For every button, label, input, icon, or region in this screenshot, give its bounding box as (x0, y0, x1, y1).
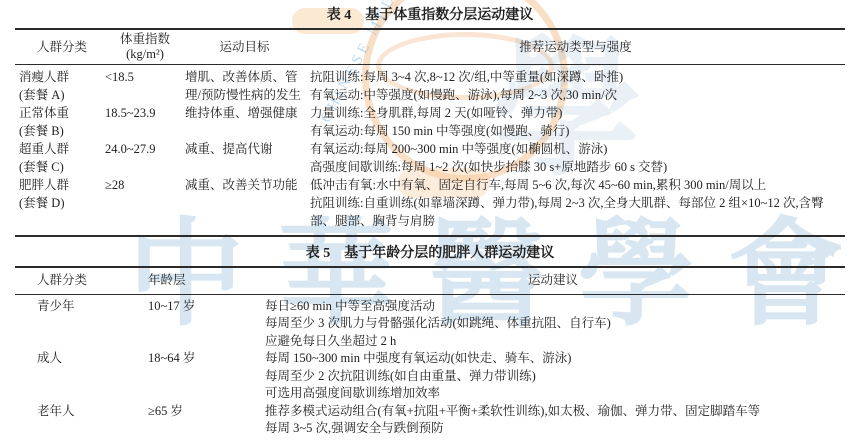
table5-body: 青少年 10~17 岁 每日≥60 min 中等至高强度活动 每周至少 3 次肌… (15, 295, 845, 440)
recommendation-line: 抗阻训练:自重训练(如靠墙深蹲、弹力带),每周 2~3 次,全身大肌群、每部位 … (310, 194, 841, 230)
meal-plan-label: (套餐 C) (19, 158, 105, 176)
recommendation-cell: 推荐多模式运动组合(有氧+抗阻+平衡+柔软性训练),如太极、瑜伽、弹力带、固定脚… (265, 403, 845, 438)
table4-header-bmi-unit: (kg/m²) (105, 47, 185, 62)
table-row: 青少年 10~17 岁 每日≥60 min 中等至高强度活动 每周至少 3 次肌… (15, 298, 845, 351)
recommendation-line: 力量训练:全身肌群,每周 2 天(如哑铃、弹力带) (310, 104, 841, 122)
journal-page: CHINESE MEDICAL ASSOCIATION 學 中華醫學會 表 4 … (0, 0, 854, 440)
population-category: 老年人 (15, 403, 140, 421)
recommendation-line: 抗阻训练:每周 3~4 次,8~12 次/组,中等重量(如深蹲、卧推) (310, 68, 841, 86)
table4: 表 4 基于体重指数分层运动建议 人群分类 体重指数 (kg/m²) 运动目标 … (15, 6, 845, 237)
age-range: 10~17 岁 (140, 298, 265, 316)
table5: 表 5 基于年龄分层的肥胖人群运动建议 人群分类 年龄层 运动建议 青少年 10… (15, 244, 845, 440)
age-range: ≥65 岁 (140, 403, 265, 421)
table4-title: 表 4 基于体重指数分层运动建议 (15, 6, 845, 28)
exercise-goal: 维持体重、增强健康 (185, 104, 310, 122)
recommendation-line: 每周 150~300 min 中强度有氧运动(如快走、骑车、游泳) (265, 350, 841, 368)
table-row: 超重人群 (套餐 C) 24.0~27.9 减重、提高代谢 有氧运动:每周 20… (15, 140, 845, 176)
exercise-goal: 增肌、改善体质、管理/预防慢性病的发生 (185, 68, 310, 104)
recommendation-cell: 低冲击有氧:水中有氧、固定自行车,每周 5~6 次,每次 45~60 min,累… (310, 176, 845, 230)
recommendation-line: 每周 3~5 次,强调安全与跌倒预防 (265, 420, 841, 438)
recommendation-cell: 抗阻训练:每周 3~4 次,8~12 次/组,中等重量(如深蹲、卧推) 有氧运动… (310, 68, 845, 104)
table4-header-recommendation: 推荐运动类型与强度 (310, 40, 845, 55)
table-row: 消瘦人群 (套餐 A) <18.5 增肌、改善体质、管理/预防慢性病的发生 抗阻… (15, 68, 845, 104)
recommendation-line: 每周至少 3 次肌力与骨骼强化活动(如跳绳、体重抗阻、自行车) (265, 315, 841, 333)
table5-title: 表 5 基于年龄分层的肥胖人群运动建议 (15, 244, 845, 266)
recommendation-line: 有氧运动:中等强度(如慢跑、游泳),每周 2~3 次,30 min/次 (310, 86, 841, 104)
table5-header-age: 年龄层 (140, 272, 265, 290)
meal-plan-label: (套餐 A) (19, 86, 105, 104)
recommendation-line: 每日≥60 min 中等至高强度活动 (265, 298, 841, 316)
recommendation-line: 有氧运动:每周 200~300 min 中等强度(如椭圆机、游泳) (310, 140, 841, 158)
meal-plan-label: (套餐 D) (19, 194, 105, 212)
population-category: 肥胖人群 (19, 176, 105, 194)
population-category: 超重人群 (19, 140, 105, 158)
table4-body: 消瘦人群 (套餐 A) <18.5 增肌、改善体质、管理/预防慢性病的发生 抗阻… (15, 65, 845, 237)
recommendation-line: 每周至少 2 次抗阻训练(如自由重量、弹力带训练) (265, 368, 841, 386)
table4-header-row: 人群分类 体重指数 (kg/m²) 运动目标 推荐运动类型与强度 (15, 28, 845, 65)
population-category: 正常体重 (19, 104, 105, 122)
population-category-cell: 正常体重 (套餐 B) (15, 104, 105, 140)
table5-header-row: 人群分类 年龄层 运动建议 (15, 266, 845, 295)
exercise-goal: 减重、改善关节功能 (185, 176, 310, 194)
recommendation-cell: 力量训练:全身肌群,每周 2 天(如哑铃、弹力带) 有氧运动:每周 150 mi… (310, 104, 845, 140)
table4-header-category: 人群分类 (15, 40, 105, 55)
population-category: 成人 (15, 350, 140, 368)
recommendation-line: 有氧运动:每周 150 min 中等强度(如慢跑、骑行) (310, 122, 841, 140)
table-row: 肥胖人群 (套餐 D) ≥28 减重、改善关节功能 低冲击有氧:水中有氧、固定自… (15, 176, 845, 230)
recommendation-line: 应避免每日久坐超过 2 h (265, 333, 841, 351)
recommendation-line: 推荐多模式运动组合(有氧+抗阻+平衡+柔软性训练),如太极、瑜伽、弹力带、固定脚… (265, 403, 841, 421)
population-category-cell: 消瘦人群 (套餐 A) (15, 68, 105, 104)
population-category: 消瘦人群 (19, 68, 105, 86)
population-category-cell: 超重人群 (套餐 C) (15, 140, 105, 176)
recommendation-line: 高强度间歇训练:每周 1~2 次(如快步抬膝 30 s+原地踏步 60 s 交替… (310, 158, 841, 176)
population-category-cell: 肥胖人群 (套餐 D) (15, 176, 105, 212)
meal-plan-label: (套餐 B) (19, 122, 105, 140)
recommendation-cell: 每日≥60 min 中等至高强度活动 每周至少 3 次肌力与骨骼强化活动(如跳绳… (265, 298, 845, 351)
population-category: 青少年 (15, 298, 140, 316)
table-row: 正常体重 (套餐 B) 18.5~23.9 维持体重、增强健康 力量训练:全身肌… (15, 104, 845, 140)
table5-header-category: 人群分类 (15, 272, 140, 290)
table4-header-bmi-label: 体重指数 (105, 32, 185, 47)
bmi-range: 24.0~27.9 (105, 140, 185, 158)
bmi-range: ≥28 (105, 176, 185, 194)
recommendation-line: 可选用高强度间歇训练增加效率 (265, 385, 841, 403)
table5-header-recommendation: 运动建议 (265, 272, 845, 290)
recommendation-cell: 每周 150~300 min 中强度有氧运动(如快走、骑车、游泳) 每周至少 2… (265, 350, 845, 403)
table4-header-goal: 运动目标 (185, 40, 310, 55)
bmi-range: 18.5~23.9 (105, 104, 185, 122)
table-row: 成人 18~64 岁 每周 150~300 min 中强度有氧运动(如快走、骑车… (15, 350, 845, 403)
table4-header-bmi: 体重指数 (kg/m²) (105, 32, 185, 62)
recommendation-cell: 有氧运动:每周 200~300 min 中等强度(如椭圆机、游泳) 高强度间歇训… (310, 140, 845, 176)
table-row: 老年人 ≥65 岁 推荐多模式运动组合(有氧+抗阻+平衡+柔软性训练),如太极、… (15, 403, 845, 438)
exercise-goal: 减重、提高代谢 (185, 140, 310, 158)
recommendation-line: 低冲击有氧:水中有氧、固定自行车,每周 5~6 次,每次 45~60 min,累… (310, 176, 841, 194)
bmi-range: <18.5 (105, 68, 185, 86)
age-range: 18~64 岁 (140, 350, 265, 368)
